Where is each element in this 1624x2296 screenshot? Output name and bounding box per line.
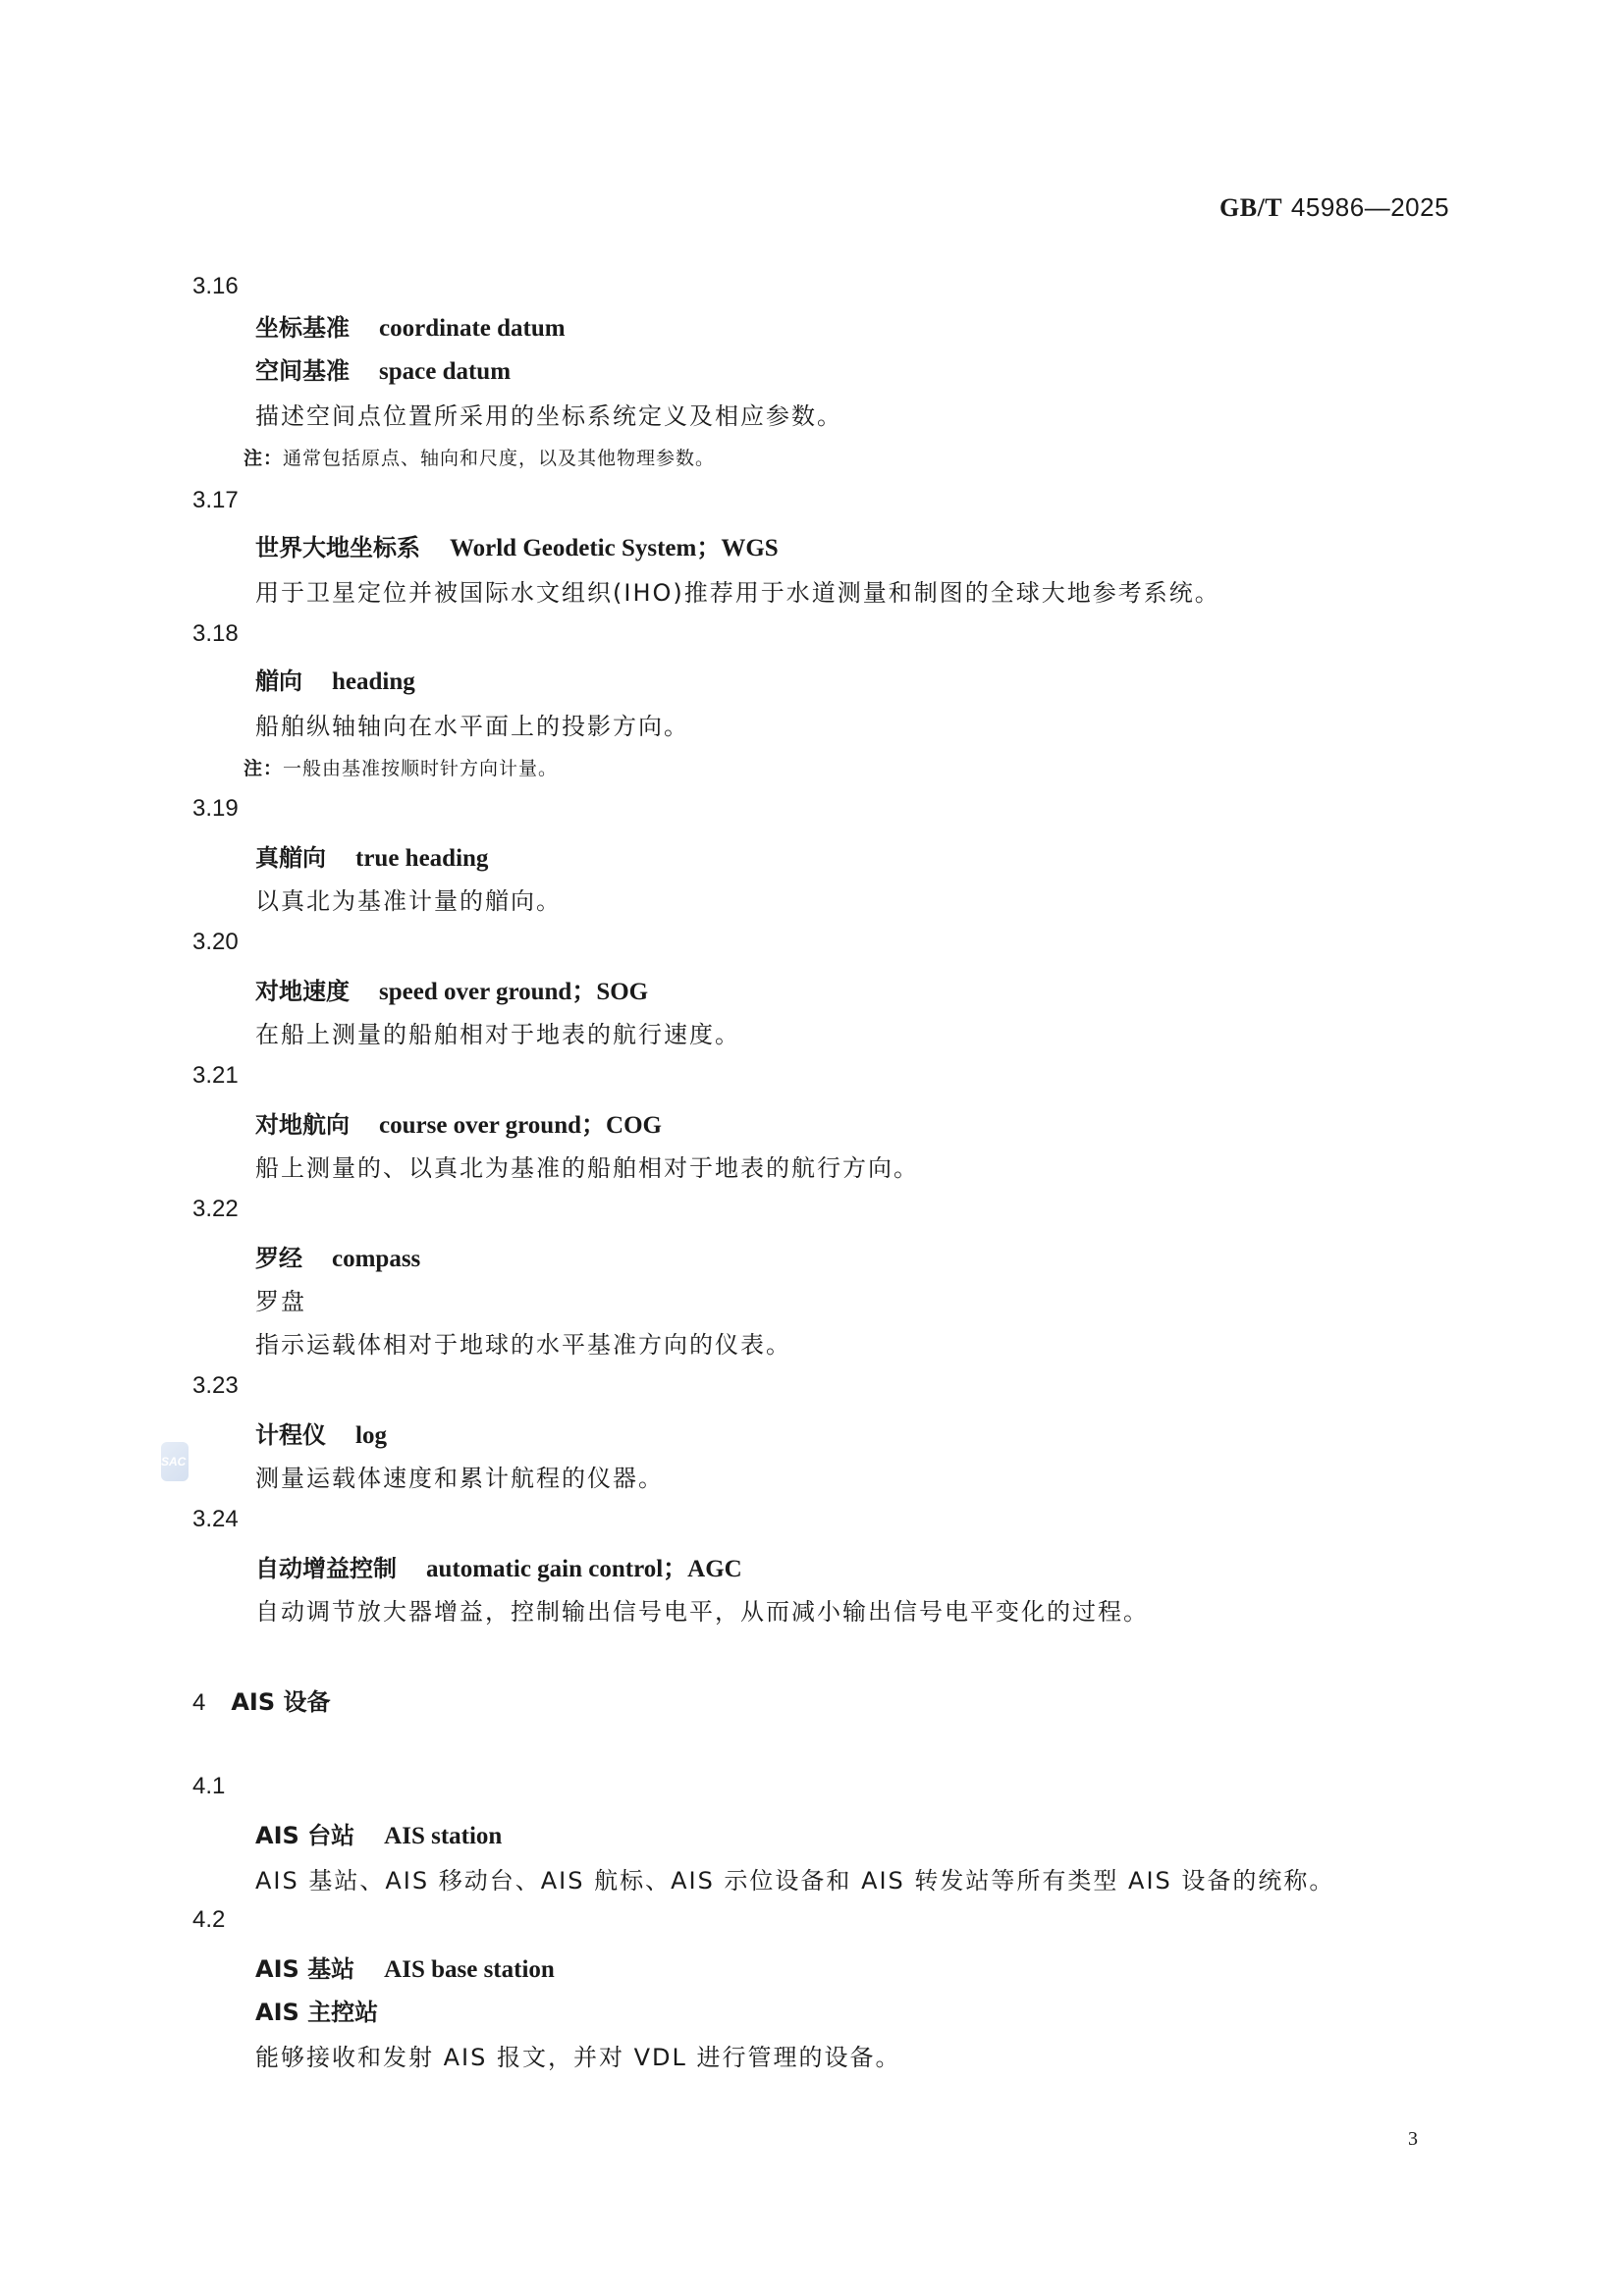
page-number: 3 [1408,2128,1418,2151]
term-zh: 自动增益控制 [255,1555,397,1582]
term-en: speed over ground；SOG [379,979,648,1005]
definition: 自动调节放大器增益，控制输出信号电平，从而减小输出信号电平变化的过程。 [255,1592,1149,1627]
definition: 用于卫星定位并被国际水文组织(IHO)推荐用于水道测量和制图的全球大地参考系统。 [255,573,1220,608]
sac-watermark-logo: SAC [161,1442,189,1481]
term-line: 对地速度speed over ground；SOG [255,972,648,1007]
section-number: 4 [192,1689,205,1716]
term-zh: AIS 台站 [255,1822,354,1849]
term-en: log [355,1422,387,1449]
term-line: 空间基准space datum [255,351,511,386]
definition: 在船上测量的船舶相对于地表的航行速度。 [255,1015,740,1049]
clause-number: 3.24 [192,1506,239,1533]
clause-number: 4.1 [192,1773,225,1800]
term-zh: 艏向 [255,667,302,695]
term-en: true heading [355,845,488,872]
term-en: AIS base station [384,1956,555,1983]
standard-prefix: GB/T [1219,193,1282,222]
term-en: space datum [379,358,511,385]
note-label: 注： [244,448,283,469]
term-line: 真艏向true heading [255,838,488,873]
definition: 能够接收和发射 AIS 报文，并对 VDL 进行管理的设备。 [255,2038,901,2072]
term-en: course over ground；COG [379,1112,662,1139]
clause-number: 3.22 [192,1196,239,1223]
note-text: 通常包括原点、轴向和尺度，以及其他物理参数。 [283,448,715,469]
clause-number: 3.20 [192,929,239,956]
document-page: GB/T 45986—2025 3.16 坐标基准coordinate datu… [0,0,1624,2296]
definition: 船舶纵轴轴向在水平面上的投影方向。 [255,707,689,741]
note: 注：一般由基准按顺时针方向计量。 [244,754,558,780]
term-line: 对地航向course over ground；COG [255,1105,662,1141]
term-zh: 真艏向 [255,844,326,872]
term-zh: 空间基准 [255,357,350,385]
term-zh: 坐标基准 [255,314,350,342]
term-line: AIS 基站AIS base station [255,1949,555,1984]
term-en: World Geodetic System；WGS [450,535,779,561]
term-line: AIS 台站AIS station [255,1816,502,1850]
term-zh: 计程仪 [255,1421,326,1449]
term-line: 世界大地坐标系World Geodetic System；WGS [255,528,779,563]
term-en: heading [332,668,415,695]
definition: 以真北为基准计量的艏向。 [255,881,562,916]
section-heading: 4AIS 设备 [192,1682,331,1717]
sac-logo-text: SAC [161,1455,186,1468]
synonym-term: AIS 主控站 [255,1993,378,2027]
clause-number: 3.21 [192,1062,239,1090]
term-zh: AIS 主控站 [255,1999,378,2026]
section-title: AIS 设备 [231,1688,330,1716]
note-label: 注： [244,758,283,779]
definition: AIS 基站、AIS 移动台、AIS 航标、AIS 示位设备和 AIS 转发站等… [255,1861,1334,1896]
term-en: automatic gain control；AGC [426,1556,742,1582]
note: 注：通常包括原点、轴向和尺度，以及其他物理参数。 [244,444,715,470]
term-zh: AIS 基站 [255,1955,354,1983]
clause-number: 3.18 [192,620,239,648]
note-text: 一般由基准按顺时针方向计量。 [283,758,558,779]
term-line: 罗经compass [255,1239,420,1273]
clause-number: 3.19 [192,795,239,823]
clause-number: 4.2 [192,1906,225,1934]
term-zh: 对地航向 [255,1111,350,1139]
clause-number: 3.16 [192,273,239,300]
term-zh: 对地速度 [255,978,350,1005]
clause-number: 3.23 [192,1372,239,1400]
term-zh: 罗经 [255,1245,302,1272]
term-line: 坐标基准coordinate datum [255,308,566,343]
term-line: 计程仪log [255,1415,387,1450]
term-en: compass [332,1246,420,1272]
definition: 指示运载体相对于地球的水平基准方向的仪表。 [255,1325,791,1360]
standard-code: GB/T 45986—2025 [1219,192,1449,223]
standard-number: 45986—2025 [1291,192,1449,222]
term-line: 艏向heading [255,662,415,696]
definition: 船上测量的、以真北为基准的船舶相对于地表的航行方向。 [255,1148,919,1183]
term-en: AIS station [384,1823,502,1849]
term-line: 自动增益控制automatic gain control；AGC [255,1549,742,1584]
term-zh: 世界大地坐标系 [255,534,420,561]
definition: 描述空间点位置所采用的坐标系统定义及相应参数。 [255,397,842,431]
synonym: 罗盘 [255,1282,306,1316]
term-en: coordinate datum [379,315,566,342]
definition: 测量运载体速度和累计航程的仪器。 [255,1459,664,1493]
clause-number: 3.17 [192,487,239,514]
